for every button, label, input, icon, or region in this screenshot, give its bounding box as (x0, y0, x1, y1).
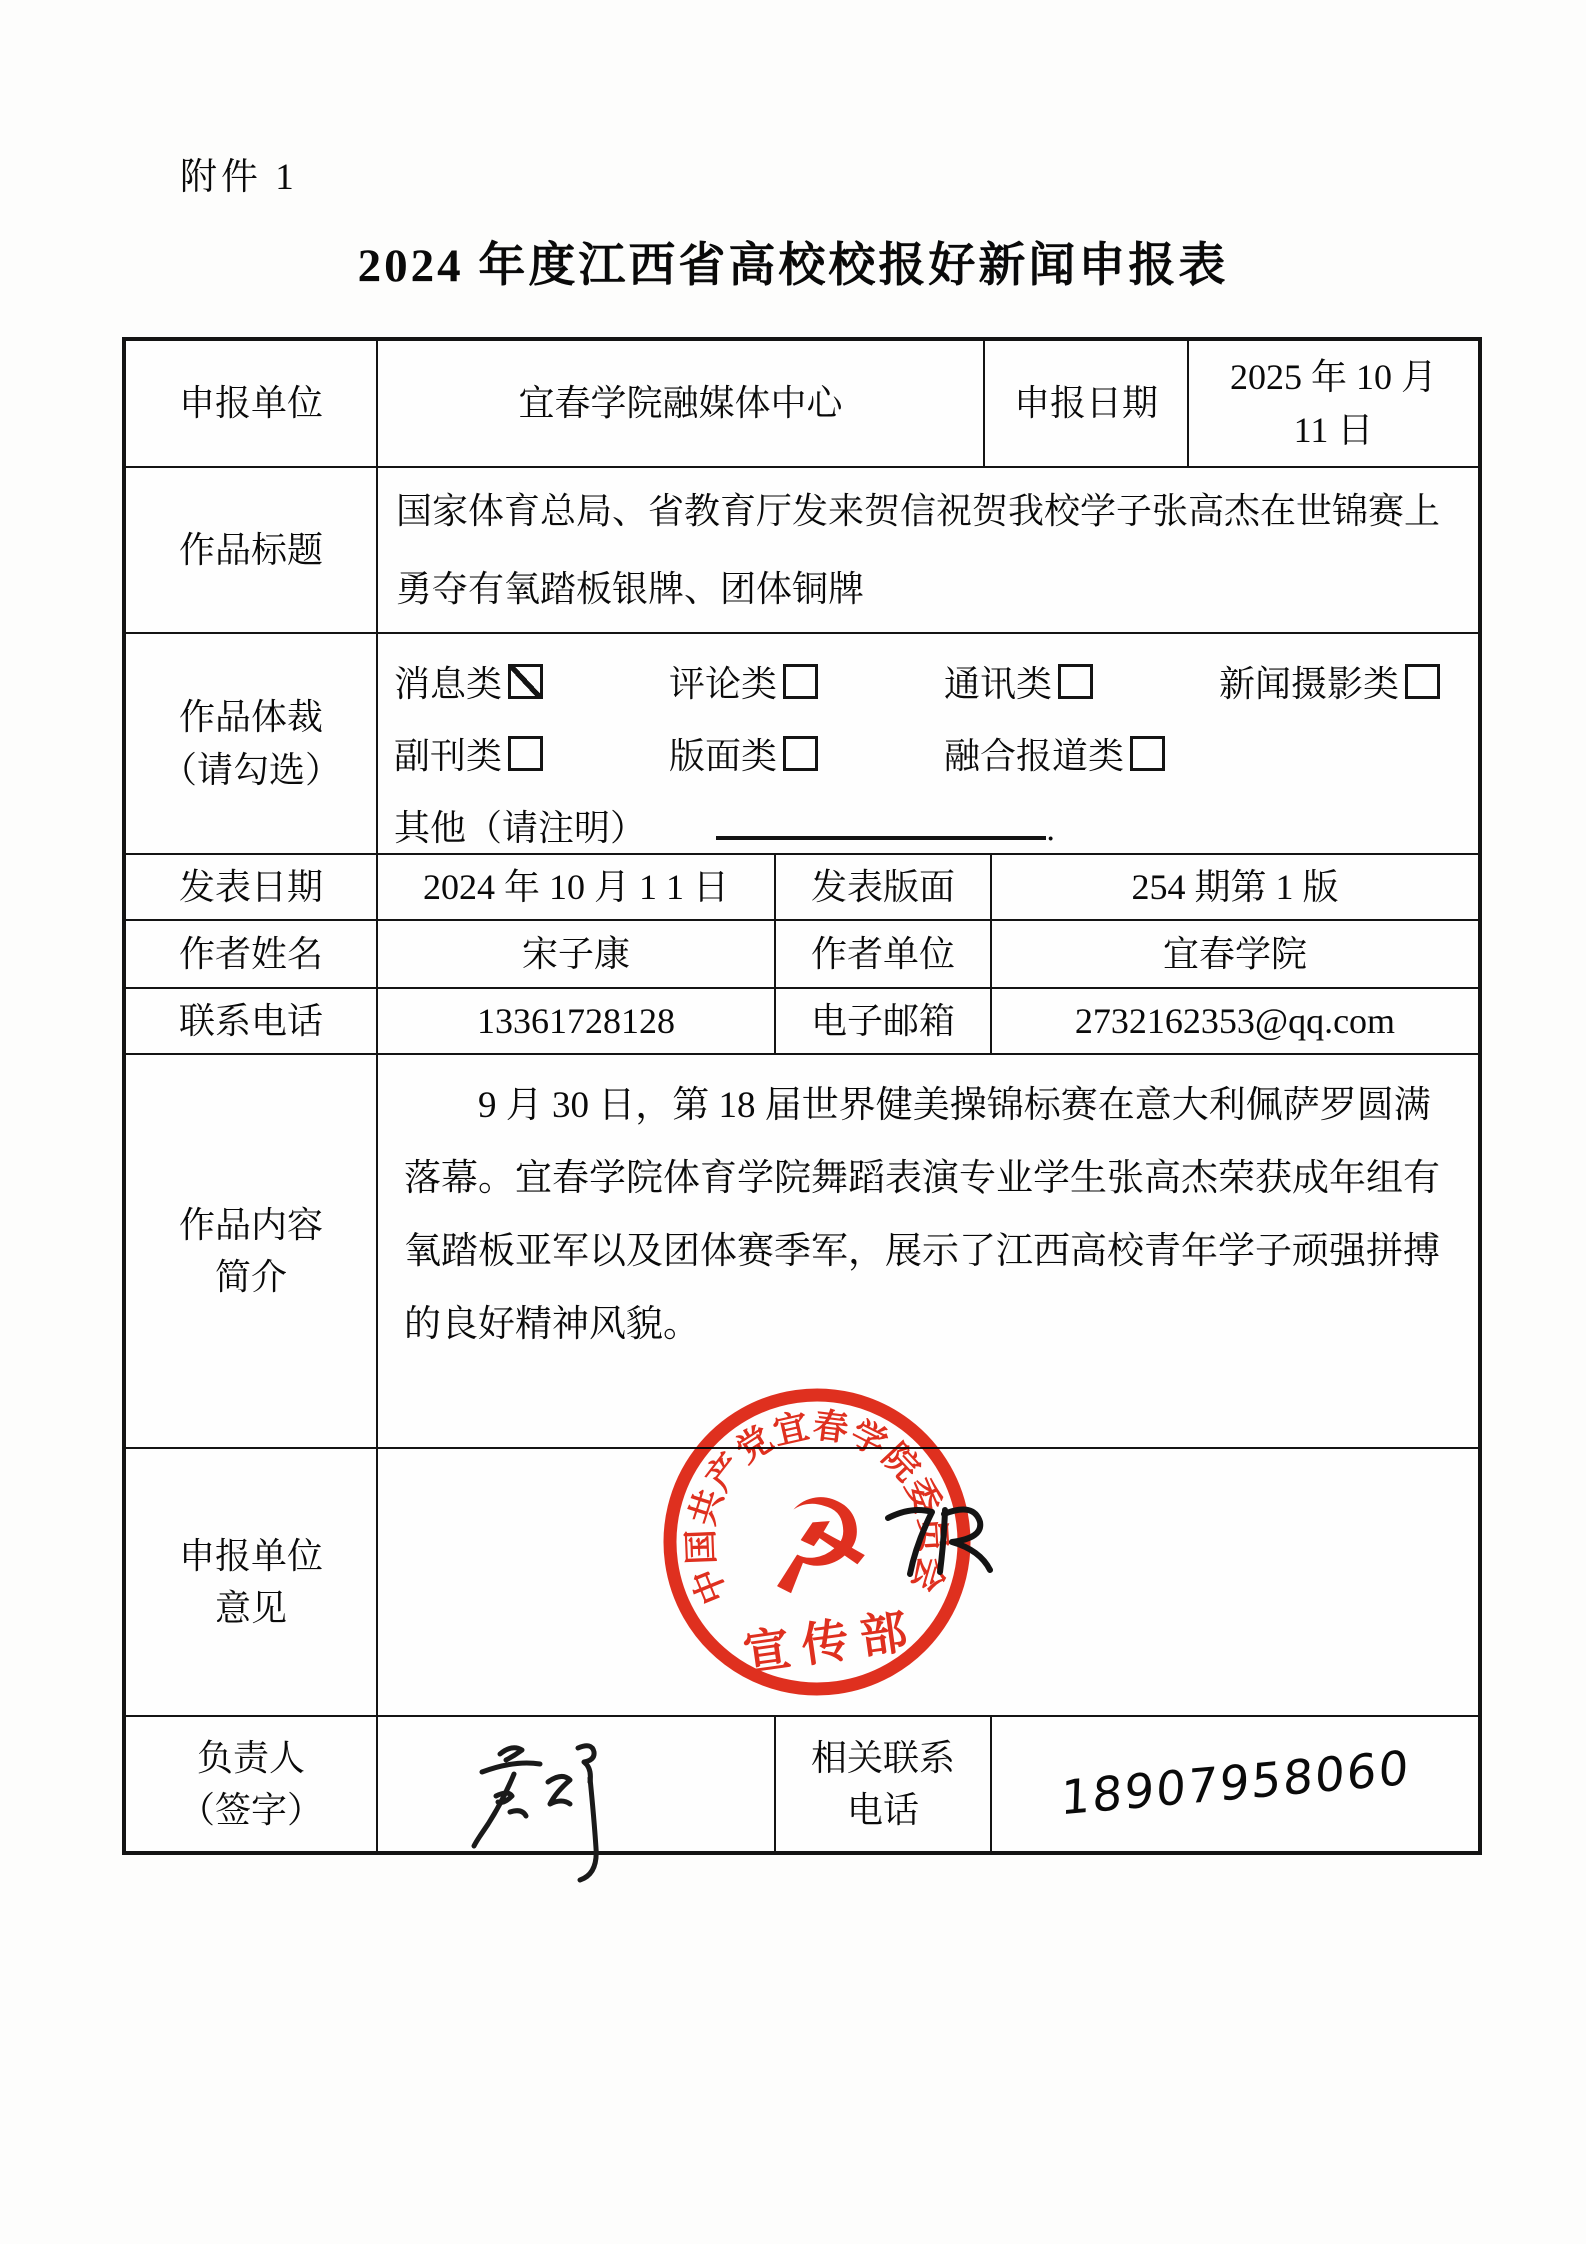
row-declare-unit: 申报单位 宜春学院融媒体中心 申报日期 2025 年 10 月 11 日 (126, 341, 1478, 468)
other-blank-underline (716, 834, 1046, 840)
genre-option-communication: 通讯类 (944, 648, 1210, 720)
genre-label: 作品体裁 （请勾选） (126, 634, 378, 853)
contact-phone-label: 联系电话 (126, 989, 378, 1053)
author-unit-value: 宜春学院 (992, 921, 1478, 987)
publish-page-value: 254 期第 1 版 (992, 855, 1478, 919)
genre-option-commentary: 评论类 (669, 648, 935, 720)
genre-options: 消息类 评论类 通讯类 新闻摄影类 副刊类 版面类 融合报道类 其他（请注明）． (378, 634, 1478, 853)
summary-label-line2: 简介 (215, 1251, 287, 1303)
genre-line-2: 副刊类 版面类 融合报道类 (394, 720, 1478, 792)
checkbox-communication-icon (1058, 664, 1093, 699)
author-unit-label: 作者单位 (776, 921, 992, 987)
related-phone-label: 相关联系 电话 (776, 1717, 992, 1851)
row-summary: 作品内容 简介 9 月 30 日，第 18 届世界健美操锦标赛在意大利佩萨罗圆满… (126, 1055, 1478, 1449)
row-opinion: 申报单位 意见 (126, 1449, 1478, 1717)
checkbox-commentary-icon (783, 664, 818, 699)
genre-other-label: 其他（请注明） (394, 808, 646, 848)
genre-label-line2: （请勾选） (161, 744, 341, 796)
row-author: 作者姓名 宋子康 作者单位 宜春学院 (126, 921, 1478, 989)
author-name-label: 作者姓名 (126, 921, 378, 987)
summary-label: 作品内容 简介 (126, 1055, 378, 1447)
opinion-label-line2: 意见 (215, 1582, 287, 1634)
author-name-value: 宋子康 (378, 921, 776, 987)
checkbox-layout-icon (783, 736, 818, 771)
work-title-value: 国家体育总局、省教育厅发来贺信祝贺我校学子张高杰在世锦赛上勇夺有氧踏板银牌、团体… (378, 468, 1478, 632)
scanned-form-page: 附件 1 2024 年度江西省高校校报好新闻申报表 申报单位 宜春学院融媒体中心… (0, 0, 1586, 2244)
summary-label-line1: 作品内容 (179, 1199, 323, 1251)
row-work-title: 作品标题 国家体育总局、省教育厅发来贺信祝贺我校学子张高杰在世锦赛上勇夺有氧踏板… (126, 468, 1478, 634)
responsible-signature-cell (378, 1717, 776, 1851)
declare-date-value: 2025 年 10 月 11 日 (1189, 341, 1478, 466)
responsible-label: 负责人 （签字） (126, 1717, 378, 1851)
publish-page-label: 发表版面 (776, 855, 992, 919)
checkbox-supplement-icon (508, 736, 543, 771)
genre-option-photography: 新闻摄影类 (1219, 648, 1440, 720)
checkbox-converged-icon (1130, 736, 1165, 771)
genre-option-layout: 版面类 (669, 720, 935, 792)
row-contact: 联系电话 13361728128 电子邮箱 2732162353@qq.com (126, 989, 1478, 1055)
checkbox-news-checked-icon (508, 664, 543, 699)
other-underline-suffix: ． (1046, 814, 1076, 847)
summary-value: 9 月 30 日，第 18 届世界健美操锦标赛在意大利佩萨罗圆满落幕。宜春学院体… (378, 1055, 1478, 1361)
opinion-label: 申报单位 意见 (126, 1449, 378, 1715)
opinion-value-cell (378, 1449, 1478, 1715)
responsible-label-line1: 负责人 (197, 1732, 305, 1784)
genre-label-line1: 作品体裁 (179, 691, 323, 743)
opinion-label-line1: 申报单位 (179, 1530, 323, 1582)
checkbox-photography-icon (1405, 664, 1440, 699)
declare-date-line2: 11 日 (1294, 404, 1374, 456)
related-phone-label-line1: 相关联系 (811, 1732, 955, 1784)
declare-date-line1: 2025 年 10 月 (1230, 351, 1437, 403)
row-publish: 发表日期 2024 年 10 月 1 1 日 发表版面 254 期第 1 版 (126, 855, 1478, 921)
publish-date-value: 2024 年 10 月 1 1 日 (378, 855, 776, 919)
application-form-table: 申报单位 宜春学院融媒体中心 申报日期 2025 年 10 月 11 日 作品标… (122, 337, 1482, 1855)
genre-line-1: 消息类 评论类 通讯类 新闻摄影类 (394, 648, 1478, 720)
email-label: 电子邮箱 (776, 989, 992, 1053)
summary-value-cell: 9 月 30 日，第 18 届世界健美操锦标赛在意大利佩萨罗圆满落幕。宜春学院体… (378, 1055, 1478, 1447)
responsible-label-line2: （签字） (179, 1784, 323, 1836)
row-responsible: 负责人 （签字） 相关联系 电话 18907958060 (126, 1717, 1478, 1851)
row-genre: 作品体裁 （请勾选） 消息类 评论类 通讯类 新闻摄影类 副刊类 版面类 融合报… (126, 634, 1478, 855)
genre-option-news: 消息类 (394, 648, 660, 720)
genre-option-supplement: 副刊类 (394, 720, 660, 792)
publish-date-label: 发表日期 (126, 855, 378, 919)
page-title: 2024 年度江西省高校校报好新闻申报表 (0, 228, 1586, 295)
related-phone-value-cell: 18907958060 (992, 1717, 1478, 1851)
genre-option-converged: 融合报道类 (944, 720, 1165, 792)
email-value: 2732162353@qq.com (992, 989, 1478, 1053)
declare-date-label: 申报日期 (985, 341, 1189, 466)
attachment-label: 附件 1 (180, 146, 298, 200)
related-phone-handwritten-value: 18907958060 (1059, 1734, 1411, 1833)
work-title-label: 作品标题 (126, 468, 378, 632)
related-phone-label-line2: 电话 (847, 1784, 919, 1836)
contact-phone-value: 13361728128 (378, 989, 776, 1053)
declare-unit-value: 宜春学院融媒体中心 (378, 341, 985, 466)
declare-unit-label: 申报单位 (126, 341, 378, 466)
